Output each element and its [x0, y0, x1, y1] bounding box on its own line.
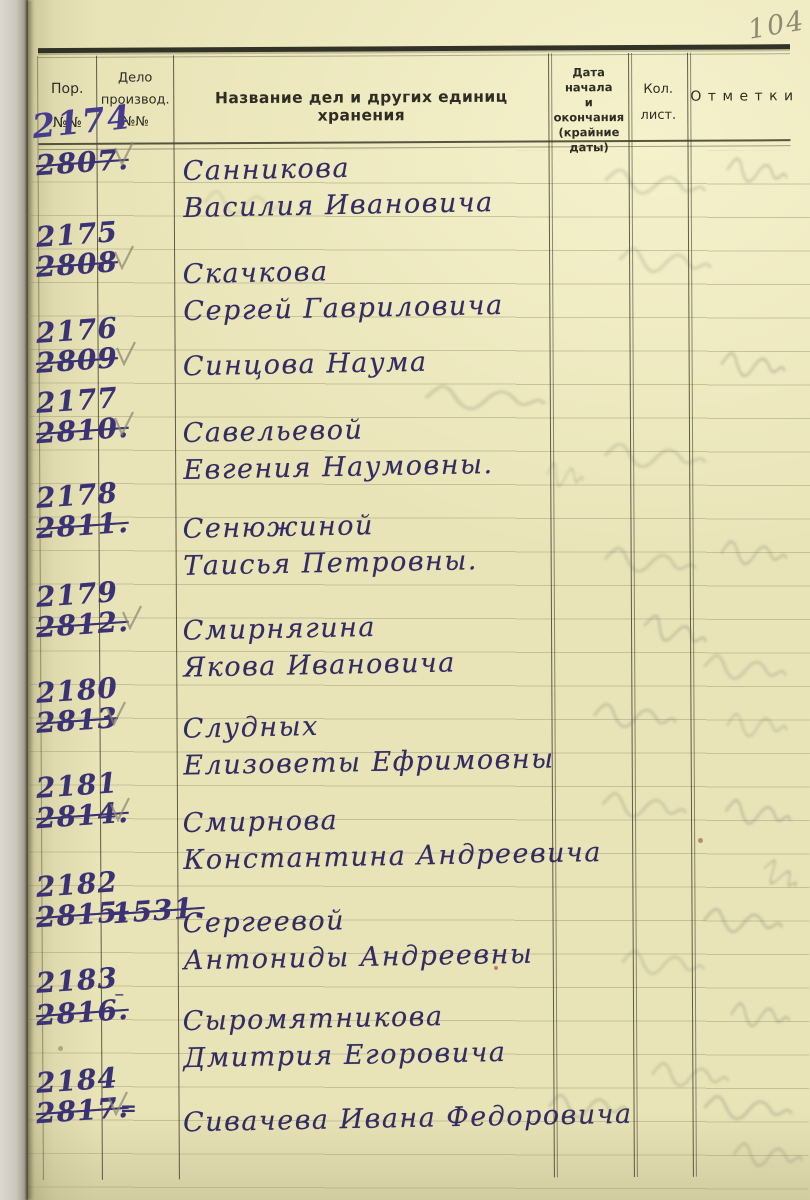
scanned-ledger-page: 104 Пор. №№ Дело производ. №№ Название д…	[0, 0, 810, 1200]
entry-name: Синцова Наума	[183, 344, 428, 386]
header-sheets-col: Кол. лист.	[629, 77, 687, 129]
entry-dash-mark: ⁻	[114, 986, 125, 1010]
entry-old-number: 2811.	[35, 506, 130, 545]
entry-name: Смирнова Константина Андреевича	[182, 797, 602, 879]
entry-name: Сергеевой Антониды Андреевны	[182, 899, 533, 980]
header-title-col: Название дел и других единиц хранения	[180, 87, 542, 125]
header-dates-col: Дата начала и окончания (крайние даты)	[549, 65, 628, 155]
entry-name: Слудных Елизоветы Ефримовны	[182, 703, 555, 784]
entry-name: Скачкова Сергей Гавриловича	[182, 250, 504, 330]
table-top-rule	[38, 44, 790, 53]
entry-name: Сыромятникова Дмитрия Егоровича	[182, 997, 506, 1077]
entry-name: Смирнягина Якова Ивановича	[182, 607, 456, 686]
entry-old-number: 2809	[35, 341, 119, 380]
rust-speck	[698, 838, 703, 843]
entry-name: Сенюжиной Таисья Петровны.	[182, 505, 478, 585]
entry-name: Савельевой Евгения Наумовны.	[182, 409, 494, 489]
entry-old-number: 2812.	[35, 605, 130, 644]
rust-speck	[494, 966, 498, 970]
dirt-speck	[352, 302, 355, 305]
entry-old-number: 2808	[35, 245, 119, 284]
header-notes-col: О т м е т к и	[690, 88, 794, 105]
dirt-speck	[58, 1046, 63, 1051]
